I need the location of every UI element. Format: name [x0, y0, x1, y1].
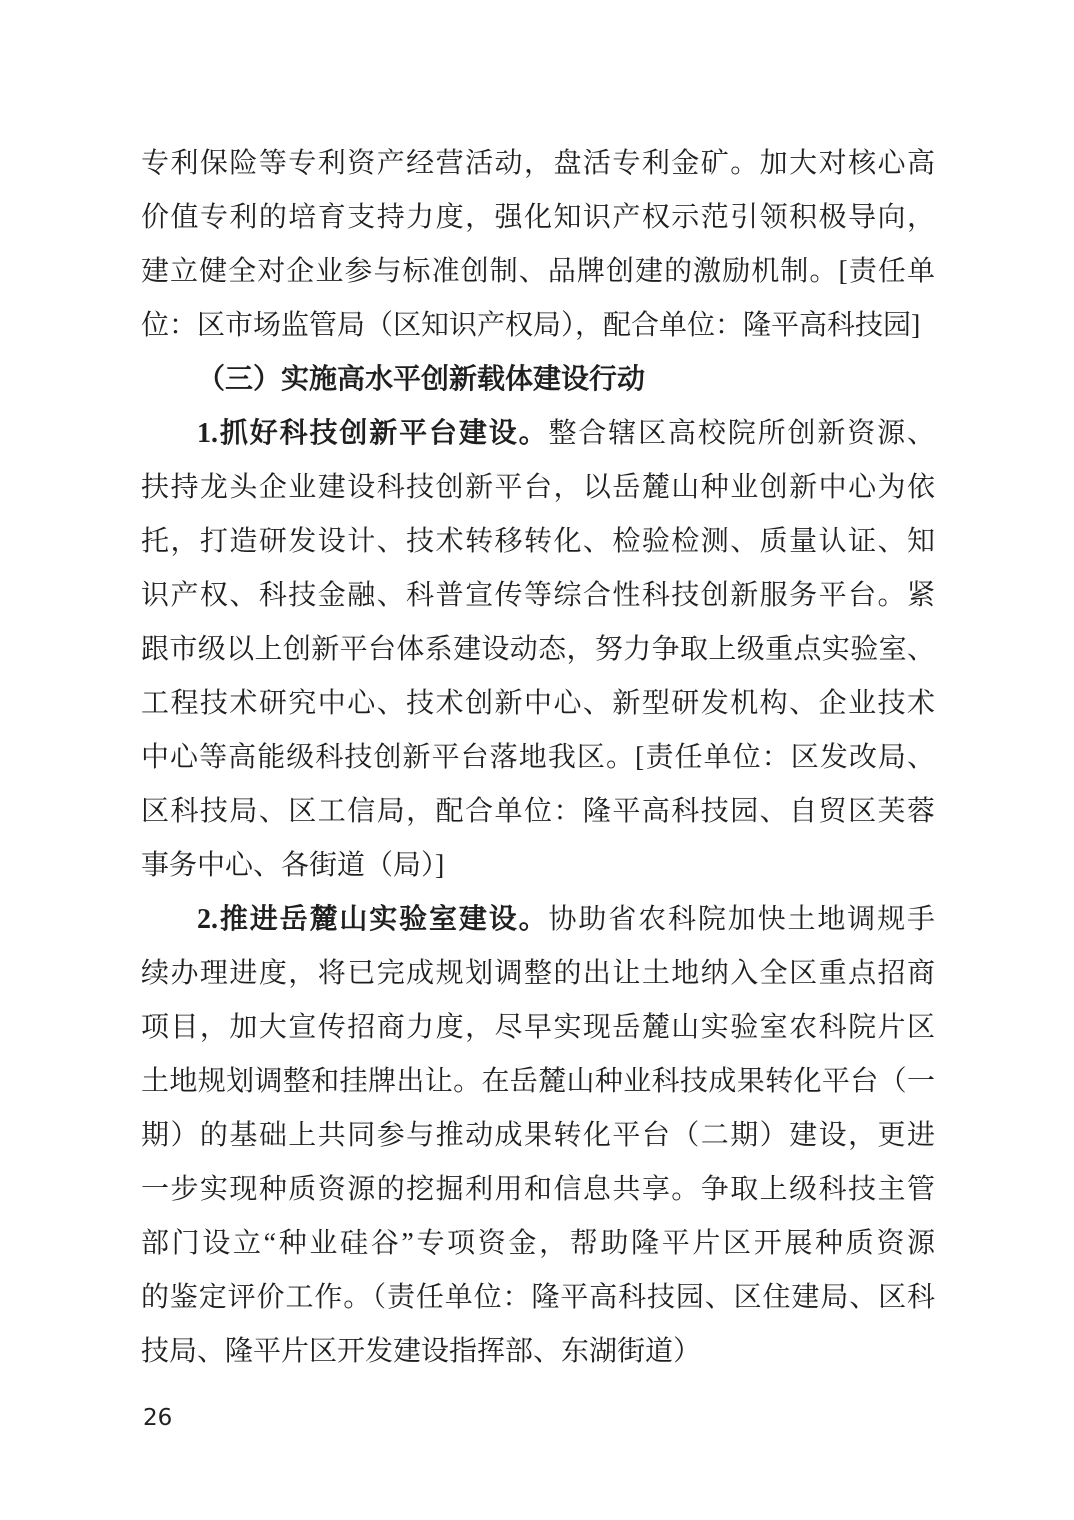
text-line: 部门设立“种业硅谷”专项资金，帮助隆平片区开展种质资源 — [141, 1217, 935, 1271]
text-line: 期）的基础上共同参与推动成果转化平台（二期）建设，更进 — [141, 1109, 935, 1163]
text-line: 事务中心、各街道（局）] — [141, 839, 935, 893]
text-line: （三）实施高水平创新载体建设行动 — [141, 353, 935, 407]
text-run: 土地规划调整和挂牌出让。在岳麓山种业科技成果转化平台（一 — [141, 1066, 935, 1097]
text-line: 专利保险等专利资产经营活动，盘活专利金矿。加大对核心高 — [141, 137, 935, 191]
text-line: 一步实现种质资源的挖掘利用和信息共享。争取上级科技主管 — [141, 1163, 935, 1217]
text-line: 识产权、科技金融、科普宣传等综合性科技创新服务平台。紧 — [141, 569, 935, 623]
text-run: 工程技术研究中心、技术创新中心、新型研发机构、企业技术 — [141, 688, 935, 719]
text-line: 托，打造研发设计、技术转移转化、检验检测、质量认证、知 — [141, 515, 935, 569]
text-run: 部门设立“种业硅谷”专项资金，帮助隆平片区开展种质资源 — [141, 1228, 935, 1259]
text-line: 技局、隆平片区开发建设指挥部、东湖街道） — [141, 1325, 935, 1379]
text-run: 协助省农科院加快土地调规手 — [549, 904, 936, 935]
page-number: 26 — [143, 1403, 172, 1433]
text-run: 区科技局、区工信局，配合单位：隆平高科技园、自贸区芙蓉 — [141, 796, 935, 827]
text-line: 2.推进岳麓山实验室建设。协助省农科院加快土地调规手 — [141, 893, 935, 947]
text-run: 位：区市场监管局（区知识产权局），配合单位：隆平高科技园] — [141, 310, 920, 341]
text-line: 价值专利的培育支持力度，强化知识产权示范引领积极导向， — [141, 191, 935, 245]
document-page: 专利保险等专利资产经营活动，盘活专利金矿。加大对核心高价值专利的培育支持力度，强… — [0, 0, 1074, 1520]
text-line: 工程技术研究中心、技术创新中心、新型研发机构、企业技术 — [141, 677, 935, 731]
text-run: 专利保险等专利资产经营活动，盘活专利金矿。加大对核心高 — [141, 148, 935, 179]
text-line: 跟市级以上创新平台体系建设动态，努力争取上级重点实验室、 — [141, 623, 935, 677]
text-line: 1.抓好科技创新平台建设。整合辖区高校院所创新资源、 — [141, 407, 935, 461]
text-line: 中心等高能级科技创新平台落地我区。[责任单位：区发改局、 — [141, 731, 935, 785]
text-run: 的鉴定评价工作。（责任单位：隆平高科技园、区住建局、区科 — [141, 1282, 935, 1313]
text-run: 事务中心、各街道（局）] — [141, 850, 444, 881]
bold-text-run: 2.推进岳麓山实验室建设。 — [197, 904, 549, 935]
text-block: 专利保险等专利资产经营活动，盘活专利金矿。加大对核心高价值专利的培育支持力度，强… — [141, 137, 935, 1379]
bold-text-run: （三）实施高水平创新载体建设行动 — [197, 364, 645, 395]
text-run: 跟市级以上创新平台体系建设动态，努力争取上级重点实验室、 — [141, 634, 935, 665]
text-line: 的鉴定评价工作。（责任单位：隆平高科技园、区住建局、区科 — [141, 1271, 935, 1325]
text-run: 期）的基础上共同参与推动成果转化平台（二期）建设，更进 — [141, 1120, 935, 1151]
text-run: 一步实现种质资源的挖掘利用和信息共享。争取上级科技主管 — [141, 1174, 935, 1205]
text-run: 托，打造研发设计、技术转移转化、检验检测、质量认证、知 — [141, 526, 935, 557]
text-run: 中心等高能级科技创新平台落地我区。[责任单位：区发改局、 — [141, 742, 935, 773]
text-run: 续办理进度，将已完成规划调整的出让土地纳入全区重点招商 — [141, 958, 935, 989]
text-run: 技局、隆平片区开发建设指挥部、东湖街道） — [141, 1336, 701, 1367]
text-line: 位：区市场监管局（区知识产权局），配合单位：隆平高科技园] — [141, 299, 935, 353]
text-run: 项目，加大宣传招商力度，尽早实现岳麓山实验室农科院片区 — [141, 1012, 935, 1043]
bold-text-run: 1.抓好科技创新平台建设。 — [197, 418, 549, 449]
text-line: 扶持龙头企业建设科技创新平台，以岳麓山种业创新中心为依 — [141, 461, 935, 515]
text-run: 扶持龙头企业建设科技创新平台，以岳麓山种业创新中心为依 — [141, 472, 935, 503]
text-run: 识产权、科技金融、科普宣传等综合性科技创新服务平台。紧 — [141, 580, 935, 611]
text-line: 土地规划调整和挂牌出让。在岳麓山种业科技成果转化平台（一 — [141, 1055, 935, 1109]
text-line: 区科技局、区工信局，配合单位：隆平高科技园、自贸区芙蓉 — [141, 785, 935, 839]
text-run: 建立健全对企业参与标准创制、品牌创建的激励机制。[责任单 — [141, 256, 935, 287]
text-run: 整合辖区高校院所创新资源、 — [549, 418, 936, 449]
text-run: 价值专利的培育支持力度，强化知识产权示范引领积极导向， — [141, 202, 935, 233]
text-line: 建立健全对企业参与标准创制、品牌创建的激励机制。[责任单 — [141, 245, 935, 299]
text-line: 续办理进度，将已完成规划调整的出让土地纳入全区重点招商 — [141, 947, 935, 1001]
text-line: 项目，加大宣传招商力度，尽早实现岳麓山实验室农科院片区 — [141, 1001, 935, 1055]
